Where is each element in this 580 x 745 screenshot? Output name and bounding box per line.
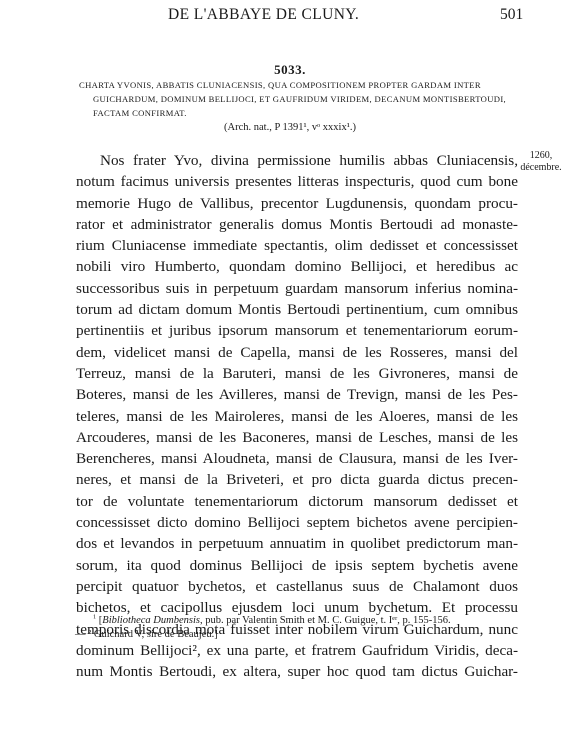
footnote-title: Bibliotheca Dumbensis — [102, 615, 200, 626]
body-line: torum ad dictam domum Montis Bertoudi pe… — [76, 299, 518, 320]
summary-line: CHARTA YVONIS, ABBATIS CLUNIACENSIS, QUA… — [79, 78, 519, 92]
body-line: rator et administrator generalis domus M… — [76, 214, 518, 235]
body-line: successoribus suis in perpetuum guardam … — [76, 278, 518, 299]
page-number: 501 — [500, 6, 523, 24]
body-line: Nos frater Yvo, divina permissione humil… — [76, 150, 518, 171]
body-line: notum facimus universis presentes litter… — [76, 171, 518, 192]
footnote-2: — ² Guichard V, sire de Beaujeu.] — [75, 628, 525, 642]
body-line: dominum Bellijoci², ex una parte, et fra… — [76, 640, 518, 661]
body-line: dos et levandos in perpetuum annuatim in… — [76, 533, 518, 554]
body-line: Arcouderes, mansi de les Baconeres, mans… — [76, 427, 518, 448]
body-line: num Montis Bertoudi, ex altera, super ho… — [76, 661, 518, 682]
body-line: memorie Hugo de Vallibus, precentor Lugd… — [76, 193, 518, 214]
body-line: dem, videlicet mansi de Capella, mansi d… — [76, 342, 518, 363]
body-line: pertinentiis et juribus ipsorum mansorum… — [76, 320, 518, 341]
charter-number: 5033. — [0, 62, 580, 78]
body-line: Terreuz, mansi de la Baruteri, mansi de … — [76, 363, 518, 384]
body-line: Boteres, mansi de les Avilleres, mansi d… — [76, 384, 518, 405]
body-line: sorum, ita quod dominus Bellijoci de ips… — [76, 555, 518, 576]
body-line: nobili viro Humberto, quondam domino Bel… — [76, 256, 518, 277]
running-title: DE L'ABBAYE DE CLUNY. — [168, 6, 359, 24]
summary-line: FACTAM CONFIRMAT. — [79, 106, 519, 120]
page-header: DE L'ABBAYE DE CLUNY. 501 — [0, 6, 580, 28]
body-line: concessisset dicto domino Bellijoci sept… — [76, 512, 518, 533]
footnote-marker: 1 — [93, 614, 96, 621]
summary-line: GUICHARDUM, DOMINUM BELLIJOCI, ET GAUFRI… — [79, 92, 519, 106]
archive-source: (Arch. nat., P 1391¹, vᵒ xxxix¹.) — [0, 122, 580, 133]
charter-body: Nos frater Yvo, divina permissione humil… — [76, 150, 518, 682]
charter-summary: CHARTA YVONIS, ABBATIS CLUNIACENSIS, QUA… — [79, 78, 519, 120]
footnote-text: , pub. par Valentin Smith et M. C. Guigu… — [200, 615, 451, 626]
body-line: neres, et mansi de la Briveteri, et pro … — [76, 469, 518, 490]
body-line: tor de voluntate tenementariorum dictoru… — [76, 491, 518, 512]
body-line: Berencheres, mansi Aloudneta, mansi de C… — [76, 448, 518, 469]
body-line: percipit quatuor bychetos, et castellanu… — [76, 576, 518, 597]
body-line: rium Cluniacense immediate spectantis, o… — [76, 235, 518, 256]
body-line: teleres, mansi de les Mairoleres, mansi … — [76, 406, 518, 427]
footnotes: 1 [Bibliotheca Dumbensis, pub. par Valen… — [75, 614, 525, 642]
footnote-1: 1 [Bibliotheca Dumbensis, pub. par Valen… — [75, 614, 525, 628]
